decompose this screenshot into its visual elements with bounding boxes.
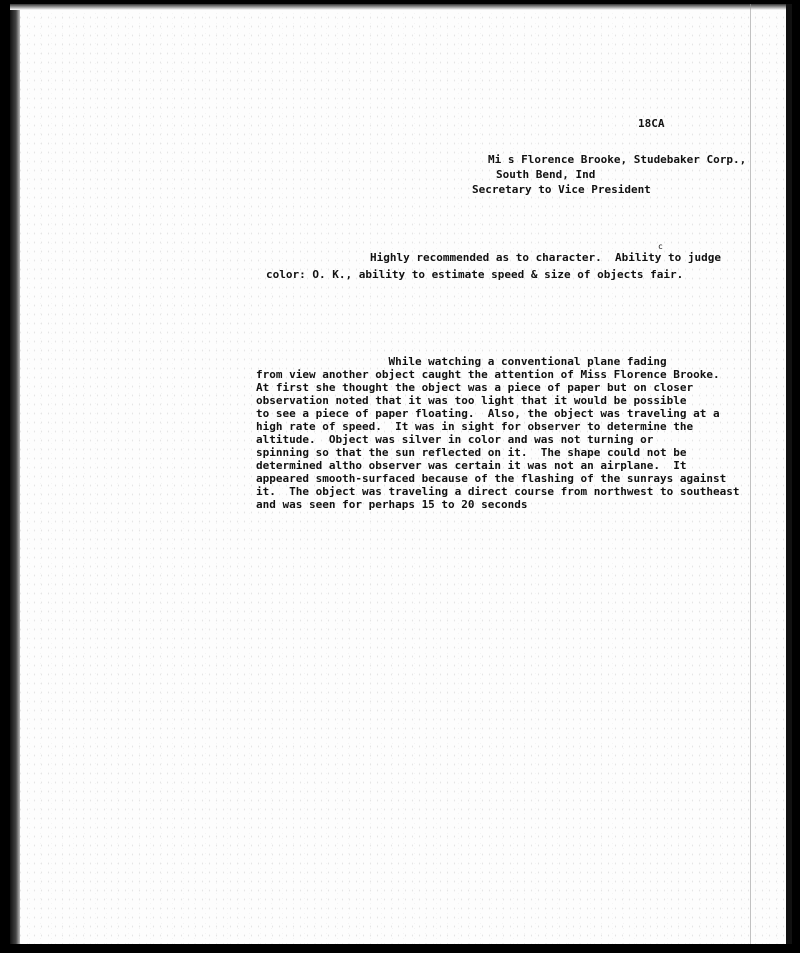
narrative-line: high rate of speed. It was in sight for … [256, 420, 693, 433]
scan-left-edge [10, 4, 20, 944]
narrative-line: spinning so that the sun reflected on it… [256, 446, 686, 459]
narrative-line: At first she thought the object was a pi… [256, 381, 693, 394]
evaluation-line-1: Highly recommended as to character. Abil… [370, 251, 721, 264]
narrative-line: While watching a conventional plane fadi… [256, 355, 667, 368]
scan-right-edge [786, 4, 792, 944]
margin-mark: c [658, 242, 663, 251]
evaluation-line-2: color: O. K., ability to estimate speed … [266, 268, 683, 281]
narrative-line: determined altho observer was certain it… [256, 459, 686, 472]
address-line-city: South Bend, Ind [496, 167, 595, 182]
narrative-line: from view another object caught the atte… [256, 368, 720, 381]
scan-fold-line [750, 4, 751, 944]
narrative-line: it. The object was traveling a direct co… [256, 485, 739, 498]
scanned-page: 18CA Mi s Florence Brooke, Studebaker Co… [10, 4, 792, 944]
narrative-line: and was seen for perhaps 15 to 20 second… [256, 498, 528, 511]
scan-top-edge [10, 4, 792, 10]
page-number: 18CA [638, 117, 665, 130]
narrative-line: altitude. Object was silver in color and… [256, 433, 653, 446]
narrative-line: to see a piece of paper floating. Also, … [256, 407, 720, 420]
address-line-title: Secretary to Vice President [472, 182, 651, 197]
address-line-name: Mi s Florence Brooke, Studebaker Corp., [488, 152, 746, 167]
narrative-line: appeared smooth-surfaced because of the … [256, 472, 726, 485]
narrative-line: observation noted that it was too light … [256, 394, 686, 407]
